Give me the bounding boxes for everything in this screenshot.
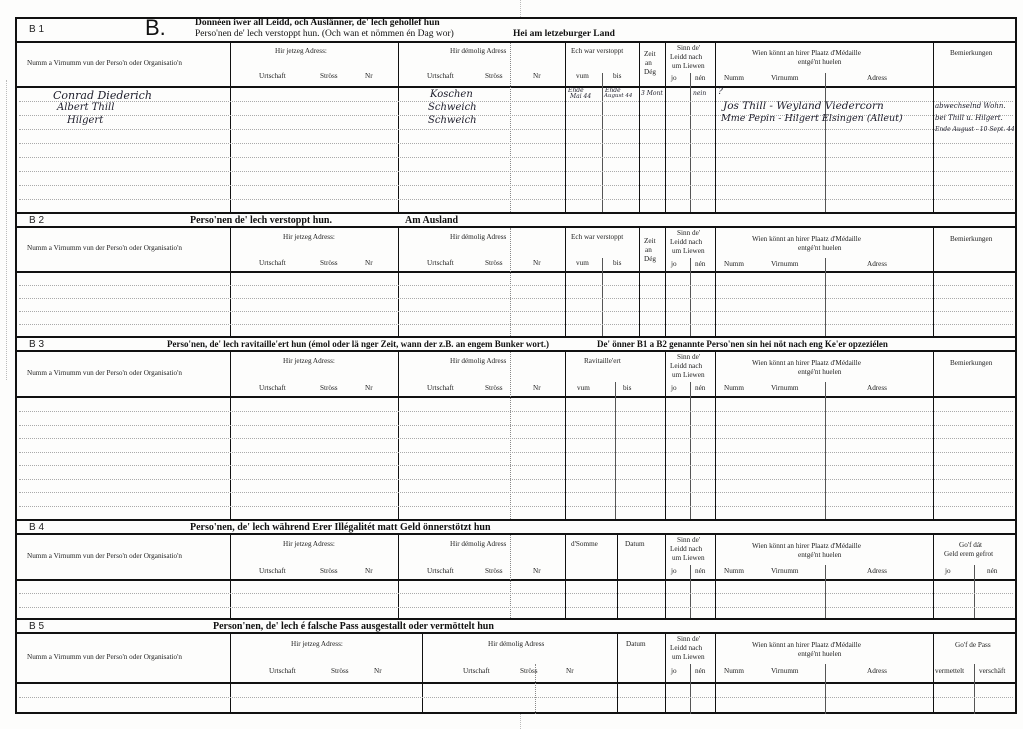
section-b3-title-bar: B 3 Perso'nen, de' lech ravitaille'ert h… — [15, 338, 1017, 352]
col-zeit-label: an — [645, 246, 652, 255]
col-verschaft-label: verschäft — [979, 667, 1005, 676]
section-b5-title-bar: B 5 Person'nen, de' lech é falsche Pass … — [15, 620, 1017, 634]
col-urtschaft-label: Urtschaft — [427, 384, 454, 393]
col-zeit-label: Zeit — [644, 50, 656, 59]
section-title: Perso'nen, de' lech ravitaille'ert hun (… — [167, 339, 549, 349]
col-zeit-label: Dég — [644, 255, 656, 264]
col-datum-label: Datum — [625, 540, 645, 549]
col-virnumm-label: Virnumm — [771, 667, 799, 676]
col-name-label: Numm a Virnumm vun der Perso'n oder Orga… — [27, 369, 182, 378]
section-b3: B 3 Perso'nen, de' lech ravitaille'ert h… — [15, 336, 1017, 519]
section-title: Perso'nen de' lech verstoppt hun. — [190, 215, 332, 226]
col-alive-label: um Liewen — [672, 247, 705, 256]
section-b3-header: Numm a Virnumm vun der Perso'n oder Orga… — [15, 352, 1017, 398]
col-urtschaft-label: Urtschaft — [269, 667, 296, 676]
col-medal-label: entgé'nt huelen — [798, 551, 841, 560]
col-nen-label: nén — [695, 260, 705, 269]
col-numm-label: Numm — [724, 384, 744, 393]
scanned-form-page: B 1 B. Donnéen iwer all Leidd, och Auslä… — [0, 0, 1023, 729]
col-hidden-label: Ech war verstoppt — [571, 47, 623, 56]
col-numm-label: Numm — [724, 667, 744, 676]
col-numm-label: Numm — [724, 260, 744, 269]
col-medal-label: Wien könnt an hirer Plaatz d'Médaille — [752, 542, 861, 551]
fold-mark — [520, 714, 521, 729]
col-stross-label: Stròss — [331, 667, 349, 676]
col-current-address-label: Hir jetzeg Adress: — [283, 540, 335, 549]
handwritten-medal-recipient: Jos Thill - Weyland Viedercorn — [723, 100, 884, 112]
col-alive-label: Sinn de' — [677, 229, 700, 238]
col-current-address-label: Hir jetzeg Adress: — [291, 640, 343, 649]
col-adress-label: Adress — [867, 384, 887, 393]
col-remarks-label: Bemierkungen — [950, 49, 992, 58]
section-code: B 5 — [29, 621, 44, 632]
col-zeit-label: Zeit — [644, 237, 656, 246]
col-zeit-label: an — [645, 59, 652, 68]
col-money-returned-label: Go'f dát — [959, 541, 982, 550]
col-money-returned-label: Geld erem gefrot — [944, 550, 993, 559]
col-zeit-label: Dég — [644, 68, 656, 77]
col-urtschaft-label: Urtschaft — [427, 567, 454, 576]
col-alive-label: Leidd nach — [670, 362, 702, 371]
col-stross-label: Stròss — [320, 259, 338, 268]
col-numm-label: Numm — [724, 567, 744, 576]
handwritten-bis: August 44 — [604, 93, 632, 99]
handwritten-name: Conrad Diederich — [53, 89, 152, 102]
col-nen-label: nén — [695, 74, 705, 83]
col-urtschaft-label: Urtschaft — [463, 667, 490, 676]
col-alive-label: um Liewen — [672, 62, 705, 71]
col-urtschaft-label: Urtschaft — [427, 72, 454, 81]
col-nen-label: nén — [695, 384, 705, 393]
col-jo-label: jo — [671, 567, 677, 576]
col-datum-label: Datum — [626, 640, 646, 649]
col-adress-label: Adress — [867, 260, 887, 269]
col-remarks-label: Bemierkungen — [950, 359, 992, 368]
col-stross-label: Stròss — [485, 72, 503, 81]
form-title-line2: Perso'nen de' lech verstoppt hun. (Och w… — [195, 29, 454, 39]
handwritten-vum: Mai 44 — [570, 93, 591, 100]
section-b1-header: Numm a Virnumm vun der Perso'n oder Orga… — [15, 43, 1017, 88]
section-b4-header: Numm a Virnumm vun der Perso'n oder Orga… — [15, 535, 1017, 581]
col-nr-label: Nr — [533, 384, 541, 393]
col-nr-label: Nr — [374, 667, 382, 676]
col-jo-label: jo — [671, 260, 677, 269]
col-ravitailleert-label: Ravitaille'ert — [584, 357, 621, 366]
col-jo-label: jo — [671, 667, 677, 676]
col-alive-label: Sinn de' — [677, 635, 700, 644]
col-somme-label: d'Somme — [571, 540, 598, 549]
col-virnumm-label: Virnumm — [771, 74, 799, 83]
handwritten-former-town: Schweich — [428, 102, 477, 113]
col-stross-label: Stròss — [485, 259, 503, 268]
col-nr-label: Nr — [533, 72, 541, 81]
col-adress-label: Adress — [867, 567, 887, 576]
col-urtschaft-label: Urtschaft — [259, 72, 286, 81]
col-nr-label: Nr — [566, 667, 574, 676]
handwritten-question-mark: ? — [718, 87, 723, 97]
col-alive-label: um Liewen — [672, 371, 705, 380]
handwritten-alive-no: nein — [693, 90, 706, 97]
section-b4: B 4 Perso'nen, de' lech während Erer Ill… — [15, 519, 1017, 618]
col-nr-label: Nr — [365, 72, 373, 81]
section-code: B 2 — [29, 215, 44, 226]
col-medal-label: Wien könnt an hirer Plaatz d'Médaille — [752, 641, 861, 650]
col-current-address-label: Hir jetzeg Adress: — [275, 47, 327, 56]
col-nen-label: nén — [695, 567, 705, 576]
col-current-address-label: Hir jetzeg Adress: — [283, 233, 335, 242]
section-b3-rows — [15, 398, 1017, 519]
handwritten-name: Hilgert — [67, 115, 103, 126]
col-former-address-label: Hir démolig Adress — [450, 233, 506, 242]
section-b1-rows: Conrad Diederich Albert Thill Hilgert Ko… — [15, 88, 1017, 212]
section-code: B 4 — [29, 522, 44, 533]
col-bis-label: bis — [613, 259, 621, 268]
section-title: Person'nen, de' lech é falsche Pass ausg… — [213, 621, 494, 632]
section-b2-header: Numm a Virnumm vun der Perso'n oder Orga… — [15, 228, 1017, 273]
col-alive-label: Leidd nach — [670, 53, 702, 62]
col-urtschaft-label: Urtschaft — [259, 259, 286, 268]
col-vum-label: vum — [576, 72, 589, 81]
col-nr-label: Nr — [533, 259, 541, 268]
col-nr-label: Nr — [365, 384, 373, 393]
col-adress-label: Adress — [867, 74, 887, 83]
col-vum-label: vum — [577, 384, 590, 393]
col-stross-label: Stròss — [320, 72, 338, 81]
col-jo-label: jo — [945, 567, 951, 576]
col-former-address-label: Hir démolig Adress — [450, 357, 506, 366]
col-vermettelt-label: vermettelt — [935, 667, 964, 676]
col-alive-label: Leidd nach — [670, 545, 702, 554]
col-virnumm-label: Virnumm — [771, 384, 799, 393]
section-b5-rows — [15, 684, 1017, 714]
section-b2: B 2 Perso'nen de' lech verstoppt hun. Am… — [15, 212, 1017, 336]
col-former-address-label: Hir démolig Adress — [450, 540, 506, 549]
col-nr-label: Nr — [365, 259, 373, 268]
handwritten-remark: bei Thill u. Hilgert. — [935, 114, 1003, 122]
handwritten-former-town: Koschen — [430, 89, 473, 100]
col-medal-label: Wien könnt an hirer Plaatz d'Médaille — [752, 49, 861, 58]
col-former-address-label: Hir démolig Adress — [450, 47, 506, 56]
col-name-label: Numm a Virnumm vun der Perso'n oder Orga… — [27, 244, 182, 253]
col-stross-label: Stròss — [320, 567, 338, 576]
col-name-label: Numm a Virnumm vun der Perso'n oder Orga… — [27, 552, 182, 561]
handwritten-duration: 3 Mont — [641, 90, 663, 97]
section-title: Perso'nen, de' lech während Erer Illégal… — [190, 522, 491, 533]
col-medal-label: entgé'nt huelen — [798, 58, 841, 67]
scan-edge-mark — [6, 80, 7, 380]
handwritten-medal-recipient: Mme Pepin - Hilgert Elsingen (Alleut) — [721, 113, 903, 124]
col-urtschaft-label: Urtschaft — [259, 384, 286, 393]
section-b5: B 5 Person'nen, de' lech é falsche Pass … — [15, 618, 1017, 714]
handwritten-name: Albert Thill — [57, 102, 114, 113]
col-alive-label: Sinn de' — [677, 44, 700, 53]
col-numm-label: Numm — [724, 74, 744, 83]
col-medal-label: entgé'nt huelen — [798, 650, 841, 659]
col-alive-label: um Liewen — [672, 554, 705, 563]
handwritten-remark: abwechselnd Wohn. — [935, 102, 1006, 110]
section-title-right: De' önner B1 a B2 genannte Perso'nen sin… — [597, 339, 888, 349]
col-alive-label: Leidd nach — [670, 644, 702, 653]
col-vum-label: vum — [576, 259, 589, 268]
col-nen-label: nén — [695, 667, 705, 676]
col-urtschaft-label: Urtschaft — [259, 567, 286, 576]
col-stross-label: Stròss — [320, 384, 338, 393]
col-urtschaft-label: Urtschaft — [427, 259, 454, 268]
col-current-address-label: Hir jetzeg Adress: — [283, 357, 335, 366]
section-b2-rows — [15, 273, 1017, 336]
fold-mark — [520, 0, 521, 17]
col-adress-label: Adress — [867, 667, 887, 676]
form-title-line1: Donnéen iwer all Leidd, och Auslänner, d… — [195, 18, 440, 28]
col-nr-label: Nr — [365, 567, 373, 576]
section-code: B 3 — [29, 339, 44, 350]
col-medal-label: entgé'nt huelen — [798, 244, 841, 253]
col-hidden-label: Ech war verstoppt — [571, 233, 623, 242]
section-b4-title-bar: B 4 Perso'nen, de' lech während Erer Ill… — [15, 521, 1017, 535]
section-b1: B 1 B. Donnéen iwer all Leidd, och Auslä… — [15, 17, 1017, 212]
section-title-right: Am Ausland — [405, 215, 458, 226]
col-name-label: Numm a Virnumm vun der Perso'n oder Orga… — [27, 653, 182, 662]
col-bis-label: bis — [623, 384, 631, 393]
col-virnumm-label: Virnumm — [771, 260, 799, 269]
col-remarks-label: Bemierkungen — [950, 235, 992, 244]
col-former-address-label: Hir démolig Adress — [488, 640, 544, 649]
col-stross-label: Stròss — [485, 567, 503, 576]
col-alive-label: um Liewen — [672, 653, 705, 662]
col-alive-label: Sinn de' — [677, 536, 700, 545]
col-jo-label: jo — [671, 74, 677, 83]
col-bis-label: bis — [613, 72, 621, 81]
section-b4-rows — [15, 581, 1017, 618]
form-title-bold: Hei am letzeburger Land — [513, 29, 615, 39]
col-medal-label: entgé'nt huelen — [798, 368, 841, 377]
col-alive-label: Sinn de' — [677, 353, 700, 362]
col-jo-label: jo — [671, 384, 677, 393]
handwritten-former-town: Schweich — [428, 115, 477, 126]
col-nen-label: nén — [987, 567, 997, 576]
form-letter: B. — [145, 15, 166, 41]
section-code: B 1 — [29, 24, 44, 35]
col-alive-label: Leidd nach — [670, 238, 702, 247]
col-nr-label: Nr — [533, 567, 541, 576]
col-medal-label: Wien könnt an hirer Plaatz d'Médaille — [752, 359, 861, 368]
col-name-label: Numm a Virnumm vun der Perso'n oder Orga… — [27, 59, 182, 68]
section-b5-header: Numm a Virnumm vun der Perso'n oder Orga… — [15, 634, 1017, 684]
section-b2-title-bar: B 2 Perso'nen de' lech verstoppt hun. Am… — [15, 214, 1017, 228]
section-b1-title-bar: B 1 B. Donnéen iwer all Leidd, och Auslä… — [15, 17, 1017, 43]
handwritten-remark: Ende August - 10 Sept. 44 — [935, 126, 1015, 133]
col-medal-label: Wien könnt an hirer Plaatz d'Médaille — [752, 235, 861, 244]
col-pass-given-label: Go'f de Pass — [955, 641, 991, 650]
col-stross-label: Stròss — [485, 384, 503, 393]
col-virnumm-label: Virnumm — [771, 567, 799, 576]
